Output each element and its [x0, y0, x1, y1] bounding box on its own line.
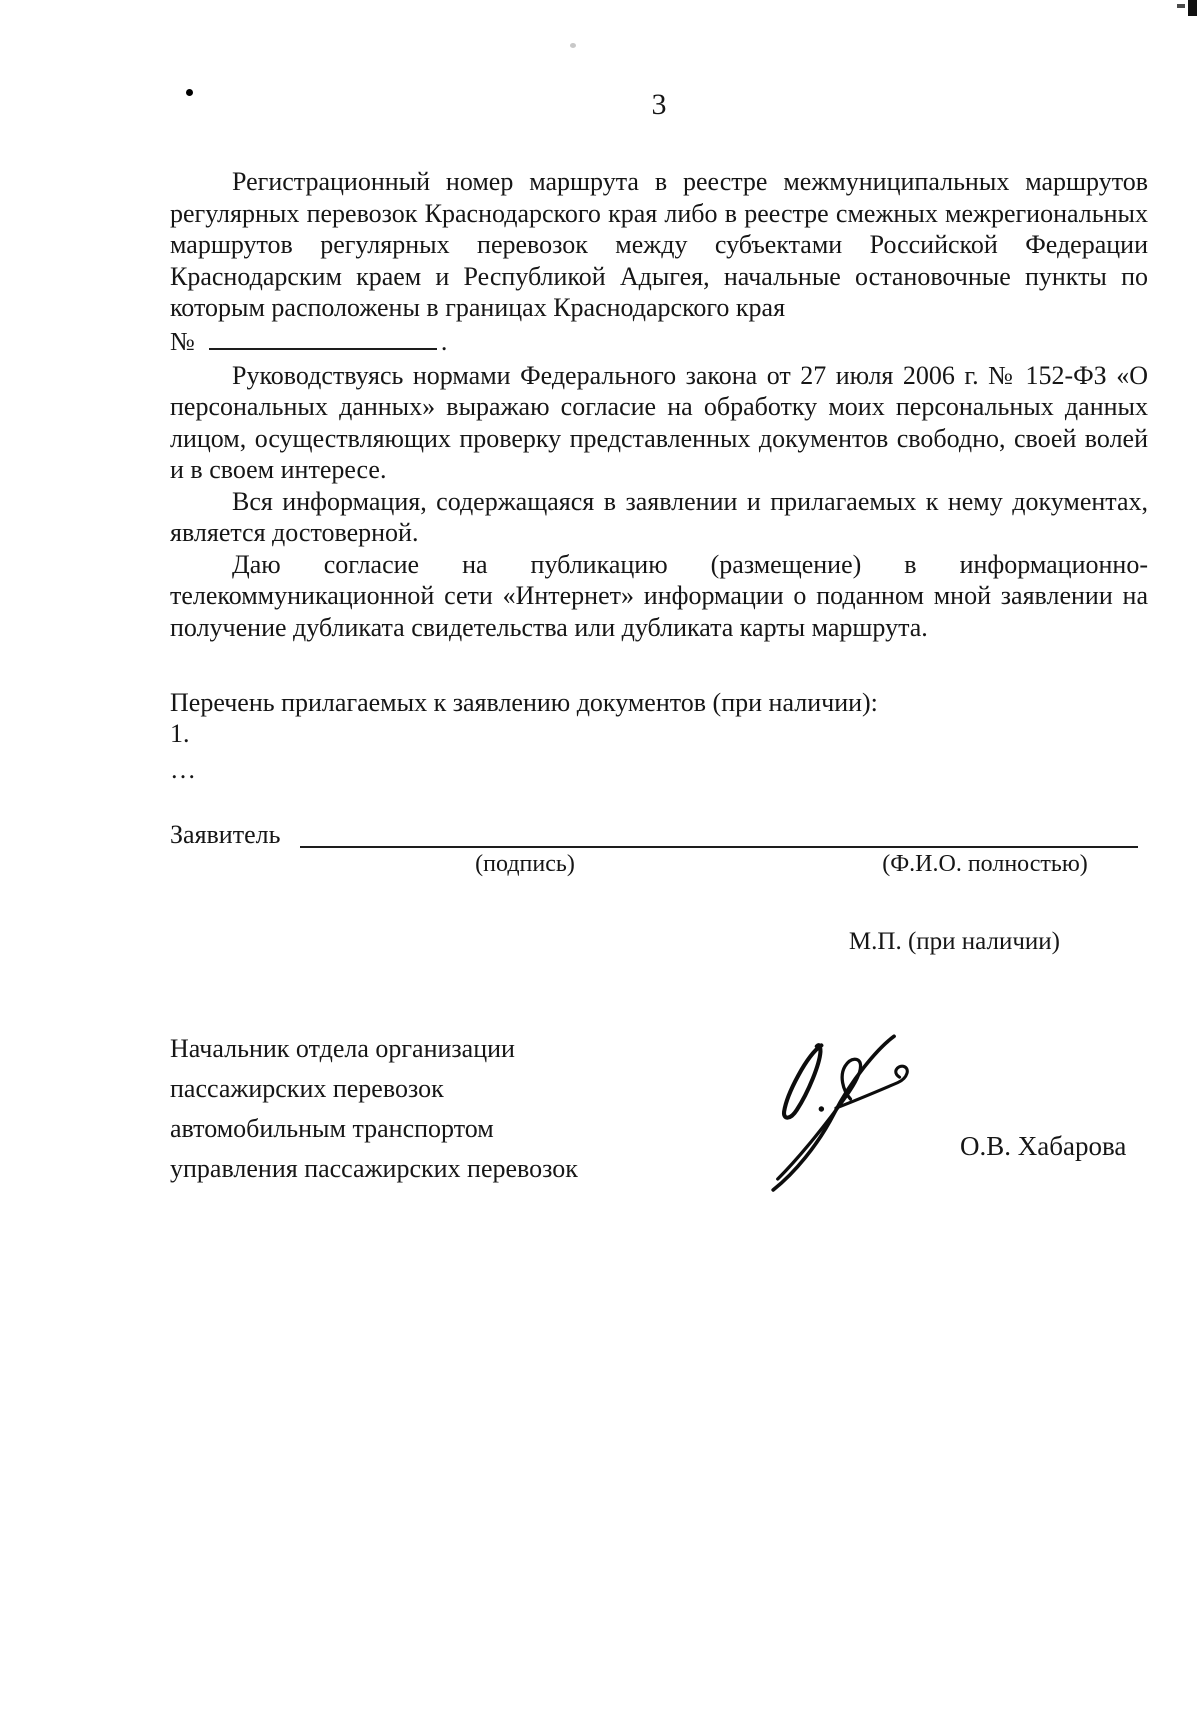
applicant-signature-blank-line [300, 845, 1138, 848]
page-number: 3 [170, 88, 1148, 122]
scan-corner-artifact [1188, 0, 1197, 16]
route-number-period: . [441, 327, 448, 356]
full-name-caption: (Ф.И.О. полностью) [860, 851, 1110, 878]
signature-captions-row: (подпись) (Ф.И.О. полностью) [170, 851, 1148, 883]
official-title-line: управления пассажирских перевозок [170, 1149, 730, 1189]
paragraph-registration-number: Регистрационный номер маршрута в реестре… [170, 166, 1148, 324]
paragraph-truthfulness: Вся информация, содержащаяся в заявлении… [170, 486, 1148, 549]
attachment-item-1: 1. [170, 718, 1148, 749]
signature-caption: (подпись) [425, 851, 625, 878]
paragraph-publication-consent: Даю согласие на публикацию (размещение) … [170, 549, 1148, 644]
handwritten-signature-icon [745, 1009, 945, 1219]
official-title-line: автомобильным транспортом [170, 1109, 730, 1149]
official-title: Начальник отдела организации пассажирски… [170, 1029, 730, 1189]
document-content: Регистрационный номер маршрута в реестре… [170, 166, 1148, 1259]
attachments-heading: Перечень прилагаемых к заявлению докумен… [170, 687, 1148, 718]
applicant-label: Заявитель [170, 819, 280, 851]
route-number-blank-field [209, 348, 437, 350]
applicant-signature-row: Заявитель [170, 819, 1148, 851]
official-name: О.В. Хабарова [960, 1131, 1126, 1162]
route-number-line: №. [170, 324, 1148, 360]
route-number-sign: № [170, 327, 195, 356]
document-page: 3 Регистрационный номер маршрута в реест… [0, 0, 1200, 1716]
scan-faint-dot-artifact [570, 43, 576, 48]
seal-note: М.П. (при наличии) [170, 927, 1148, 957]
scan-corner-artifact [1177, 4, 1185, 8]
paragraph-personal-data-consent: Руководствуясь нормами Федерального зако… [170, 360, 1148, 486]
official-title-line: Начальник отдела организации [170, 1029, 730, 1069]
official-title-line: пассажирских перевозок [170, 1069, 730, 1109]
official-signature-block: Начальник отдела организации пассажирски… [170, 1029, 1148, 1259]
attachment-item-ellipsis: … [170, 754, 1148, 785]
